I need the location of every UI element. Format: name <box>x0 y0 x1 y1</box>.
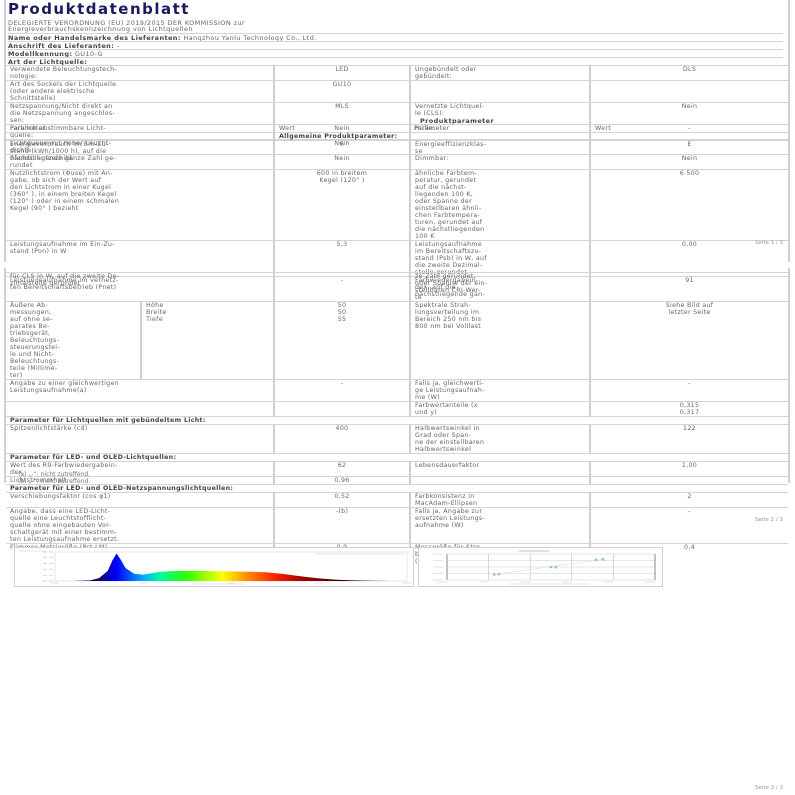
param-label <box>6 402 274 417</box>
param-row: Energieverbrauch im Ein-Zu- stand (kWh/1… <box>6 141 788 170</box>
dimension-names: Höhe Breite Tiefe <box>141 302 274 380</box>
type-label: Art des Sockels der Lichtquelle (oder an… <box>6 81 274 103</box>
type-value-right <box>590 81 788 103</box>
product-params-table-continued: für CLS in W, auf die zweite De- zimalst… <box>6 272 788 565</box>
page-2: für CLS in W, auf die zweite De- zimalst… <box>0 268 795 528</box>
param-row: Angabe zu einer gleichwertigen Leistungs… <box>6 380 788 402</box>
type-row: Verwendete Beleuchtungstech- nologie:LED… <box>6 66 788 81</box>
param-label-right: Farbkonsistenz in MacAdam-Ellipsen <box>410 493 590 508</box>
type-value-right: DLS <box>590 66 788 81</box>
param-row: Wert des R9-Farbwiedergabein- dex62Leben… <box>6 462 788 477</box>
param-label-right: ähnliche Farbtem- peratur, gerundet auf … <box>410 170 590 241</box>
param-value-right: E <box>590 141 788 170</box>
type-value: GU10 <box>274 81 410 103</box>
col-param-right: Parameter <box>410 125 590 133</box>
param-label: Spitzenlichtstärke (cd) <box>6 425 274 454</box>
param-value-right: 122 <box>590 425 788 454</box>
param-value-right: 0,315 0,317 <box>590 402 788 417</box>
page-3: Seite 3 / 3 <box>0 530 795 795</box>
param-label: Angabe zu einer gleichwertigen Leistungs… <box>6 380 274 402</box>
page-number-1: Seite 1 / 3 <box>755 240 783 246</box>
page-1: Produktdatenblatt DELEGIERTE VERORDNUNG … <box>0 0 795 262</box>
type-label-right <box>410 81 590 103</box>
type-value-right: Nein <box>590 103 788 125</box>
page-number-3: Seite 3 / 3 <box>755 785 783 791</box>
param-value-right: 6 500 <box>590 170 788 241</box>
product-params-header: Parameter Wert Parameter Wert <box>6 125 788 133</box>
param-row: Farbwertanteile (x und y)0,315 0,317 <box>6 402 788 417</box>
col-param-left: Parameter <box>6 125 274 133</box>
chromaticity-chart <box>418 547 663 587</box>
spectral-distribution-chart <box>14 547 414 587</box>
type-row: Netzspannung/Nicht direkt an die Netzspa… <box>6 103 788 125</box>
param-value: 62 <box>274 462 410 477</box>
page-border-right <box>788 268 790 483</box>
param-value-right <box>590 273 788 302</box>
param-value <box>274 402 410 417</box>
param-label-right: Falls ja, gleichwerti- ge Leistungsaufna… <box>410 380 590 402</box>
param-label-right: ze Zahl gerundet, oder Spanne der ein- s… <box>410 273 590 302</box>
regulation-line-2: Energieverbrauchskennzeichnung von Licht… <box>8 25 193 33</box>
param-row: Spitzenlichtstärke (cd)400Halbwertswinke… <box>6 425 788 454</box>
param-label-right: Halbwertswinkel in Grad oder Span- ne de… <box>410 425 590 454</box>
param-value: 0,52 <box>274 493 410 508</box>
param-label: Energieverbrauch im Ein-Zu- stand (kWh/1… <box>6 141 274 170</box>
type-row: Art des Sockels der Lichtquelle (oder an… <box>6 81 788 103</box>
spectral-value: Siehe Bild auf letzter Seite <box>590 302 788 380</box>
type-label: Verwendete Beleuchtungstech- nologie: <box>6 66 274 81</box>
spectral-distribution-plot <box>15 548 413 586</box>
param-label: Verschiebungsfaktor (cos φ1) <box>6 493 274 508</box>
dimensions-row: Äußere Ab- messungen, auf ohne se- parat… <box>6 302 788 380</box>
led-heading: Parameter für LED- und OLED-Lichtquellen… <box>6 454 788 462</box>
param-value-right: - <box>590 380 788 402</box>
type-label: Netzspannung/Nicht direkt an die Netzspa… <box>6 103 274 125</box>
param-label-right: Energieeffizienzklas- se <box>410 141 590 170</box>
directional-heading: Parameter für Lichtquellen mit gebündelt… <box>6 417 788 425</box>
param-row: Lichtstromerhalt0,96 <box>6 477 788 485</box>
param-value: - <box>274 380 410 402</box>
param-value: 400 <box>274 425 410 454</box>
dimensions-label: Äußere Ab- messungen, auf ohne se- parat… <box>6 302 141 380</box>
spectral-label: Spektrale Strah- lungsverteilung im Bere… <box>410 302 590 380</box>
param-label: für CLS in W, auf die zweite De- zimalst… <box>6 273 274 302</box>
type-label-right: Ungebündelt oder gebündelt: <box>410 66 590 81</box>
param-value-right: 2 <box>590 493 788 508</box>
param-row: Nutzlichtstrom (Φuse) mit An- gabe, ob s… <box>6 170 788 241</box>
type-value: LED <box>274 66 410 81</box>
page-title: Produktdatenblatt <box>8 0 190 18</box>
chromaticity-plot <box>419 548 662 586</box>
param-value: 600 in breitem Kegel (120° ) <box>274 170 410 241</box>
type-value: MLS <box>274 103 410 125</box>
page-border-right <box>788 0 790 262</box>
param-label-right: Farbwertanteile (x und y) <box>410 402 590 417</box>
param-label-right <box>410 477 590 485</box>
param-row: Verschiebungsfaktor (cos φ1)0,52Farbkons… <box>6 493 788 508</box>
param-value: 0,96 <box>274 477 410 485</box>
dimension-values: 50 50 55 <box>274 302 410 380</box>
param-value: 6 <box>274 141 410 170</box>
param-value-right <box>590 477 788 485</box>
col-value-right: Wert <box>590 125 788 133</box>
param-label-right: Lebensdauerfaktor <box>410 462 590 477</box>
footnote-b: (b) „-“: nicht zutreffend. <box>18 478 90 485</box>
general-params-heading: Allgemeine Produktparameter: <box>274 133 788 141</box>
mains-heading: Parameter für LED- und OLED-Netzspannung… <box>6 485 788 493</box>
param-value-right: 1,00 <box>590 462 788 477</box>
col-value-left: Wert <box>274 125 410 133</box>
continued-row: für CLS in W, auf die zweite De- zimalst… <box>6 273 788 302</box>
param-label: Nutzlichtstrom (Φuse) mit An- gabe, ob s… <box>6 170 274 241</box>
footnote-a: (a) „-“: nicht zutreffend. <box>18 471 90 478</box>
page-number-2: Seite 2 / 3 <box>755 517 783 523</box>
param-value <box>274 273 410 302</box>
